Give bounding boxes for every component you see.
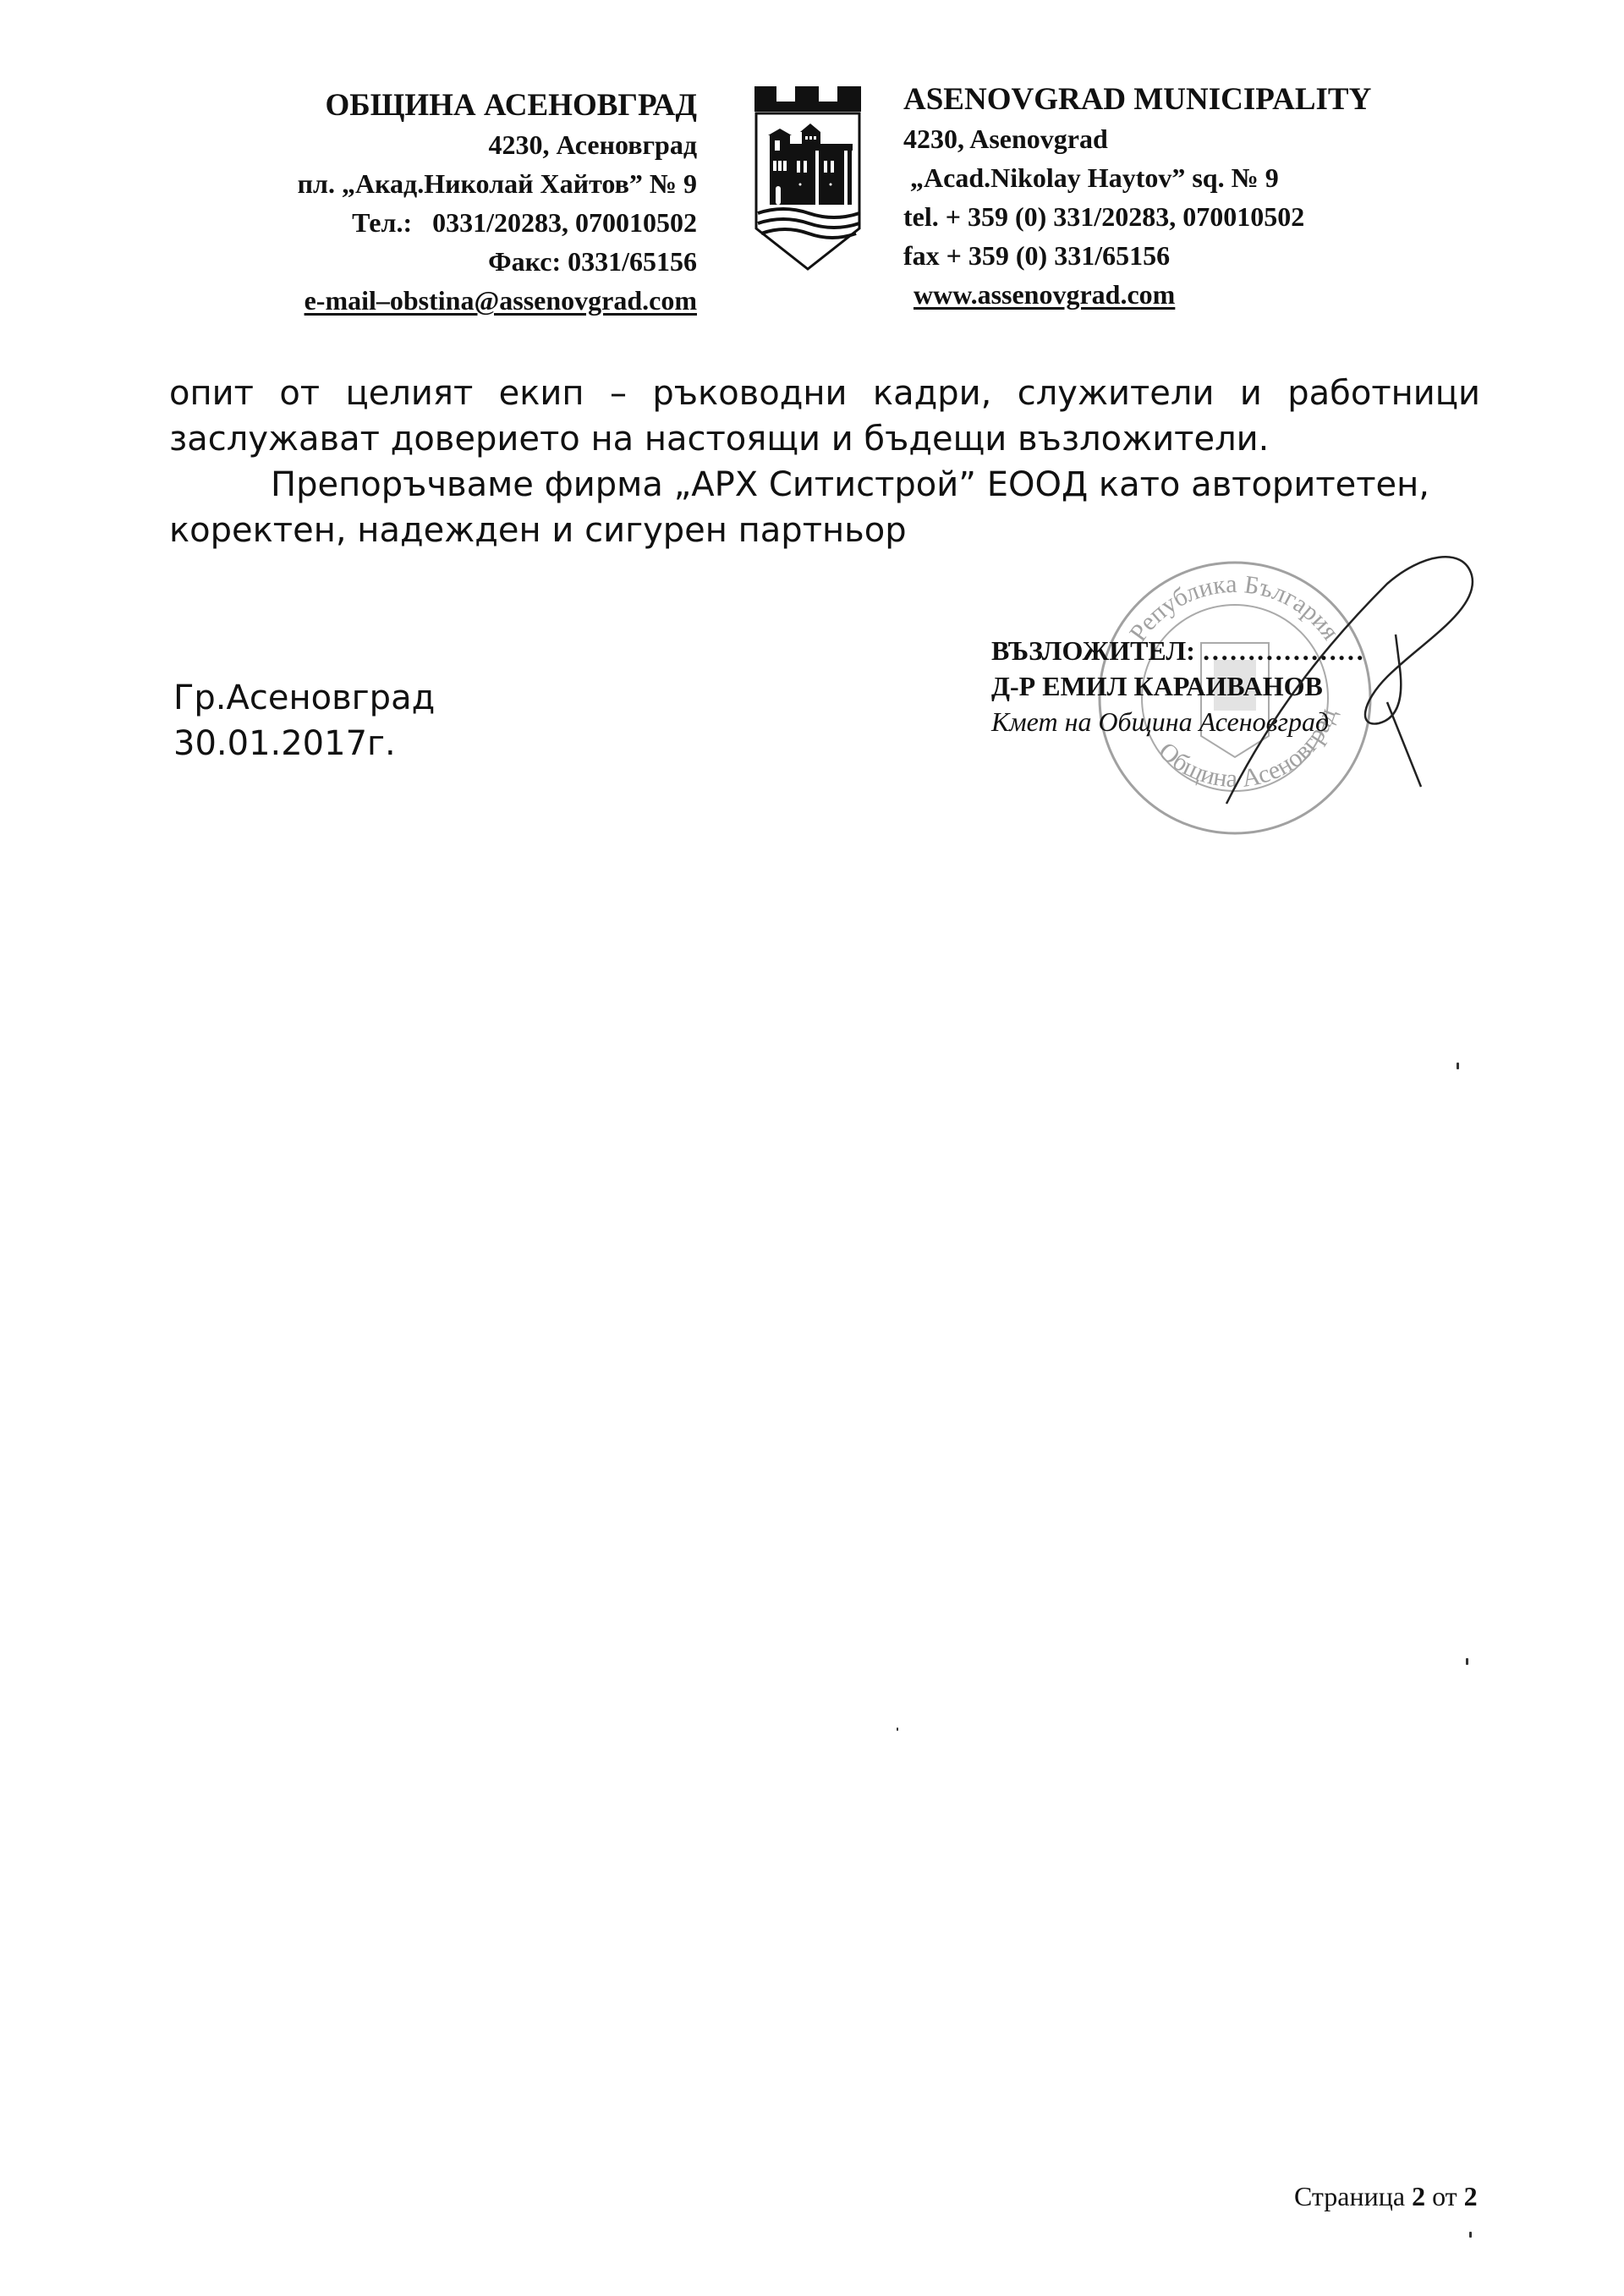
page-number: Страница 2 от 2	[1294, 2181, 1478, 2212]
date: 30.01.2017г.	[173, 721, 435, 766]
scan-speck	[897, 1727, 898, 1731]
scan-speck	[1466, 1658, 1468, 1665]
letterhead-bulgarian: ОБЩИНА АСЕНОВГРАД 4230, Асеновград пл. „…	[169, 86, 697, 320]
fax-bg: Факс: 0331/65156	[169, 242, 697, 281]
coat-of-arms-icon	[753, 85, 863, 271]
body-line: заслужават доверието на настоящи и бъдещ…	[169, 416, 1480, 462]
website-link[interactable]: www.assenovgrad.com	[903, 275, 1462, 314]
postal-en: 4230, Asenovgrad	[903, 119, 1462, 158]
handwritten-signature-icon	[1218, 550, 1497, 821]
place-date-block: Гр.Асеновград 30.01.2017г.	[173, 675, 435, 766]
page-current: 2	[1412, 2181, 1425, 2211]
address-en: „Acad.Nikolay Haytov” sq. № 9	[903, 158, 1462, 197]
place: Гр.Асеновград	[173, 675, 435, 721]
body-line: опит от целият екип – ръководни кадри, с…	[169, 371, 1480, 416]
phone-bg: Тел.: 0331/20283, 070010502	[169, 203, 697, 242]
scan-speck	[1457, 1063, 1459, 1069]
phone-en: tel. + 359 (0) 331/20283, 070010502	[903, 197, 1462, 236]
municipality-title-en: ASENOVGRAD MUNICIPALITY	[903, 80, 1462, 119]
page-total: 2	[1464, 2181, 1478, 2211]
email-link[interactable]: e-mail–obstina@assenovgrad.com	[169, 281, 697, 320]
postal-bg: 4230, Асеновград	[169, 125, 697, 164]
body-line: Препоръчваме фирма „АРХ Ситистрой” ЕООД …	[169, 462, 1480, 508]
page-label: Страница	[1294, 2181, 1405, 2211]
address-bg: пл. „Акад.Николай Хайтов” № 9	[169, 164, 697, 203]
letter-body: опит от целият екип – ръководни кадри, с…	[169, 371, 1480, 553]
municipality-title-bg: ОБЩИНА АСЕНОВГРАД	[169, 86, 697, 125]
page-sep: от	[1432, 2181, 1457, 2211]
letterhead-english: ASENOVGRAD MUNICIPALITY 4230, Asenovgrad…	[903, 80, 1462, 314]
body-line: коректен, надежден и сигурен партньор	[169, 508, 1480, 553]
scan-speck	[1469, 2232, 1472, 2238]
fax-en: fax + 359 (0) 331/65156	[903, 236, 1462, 275]
